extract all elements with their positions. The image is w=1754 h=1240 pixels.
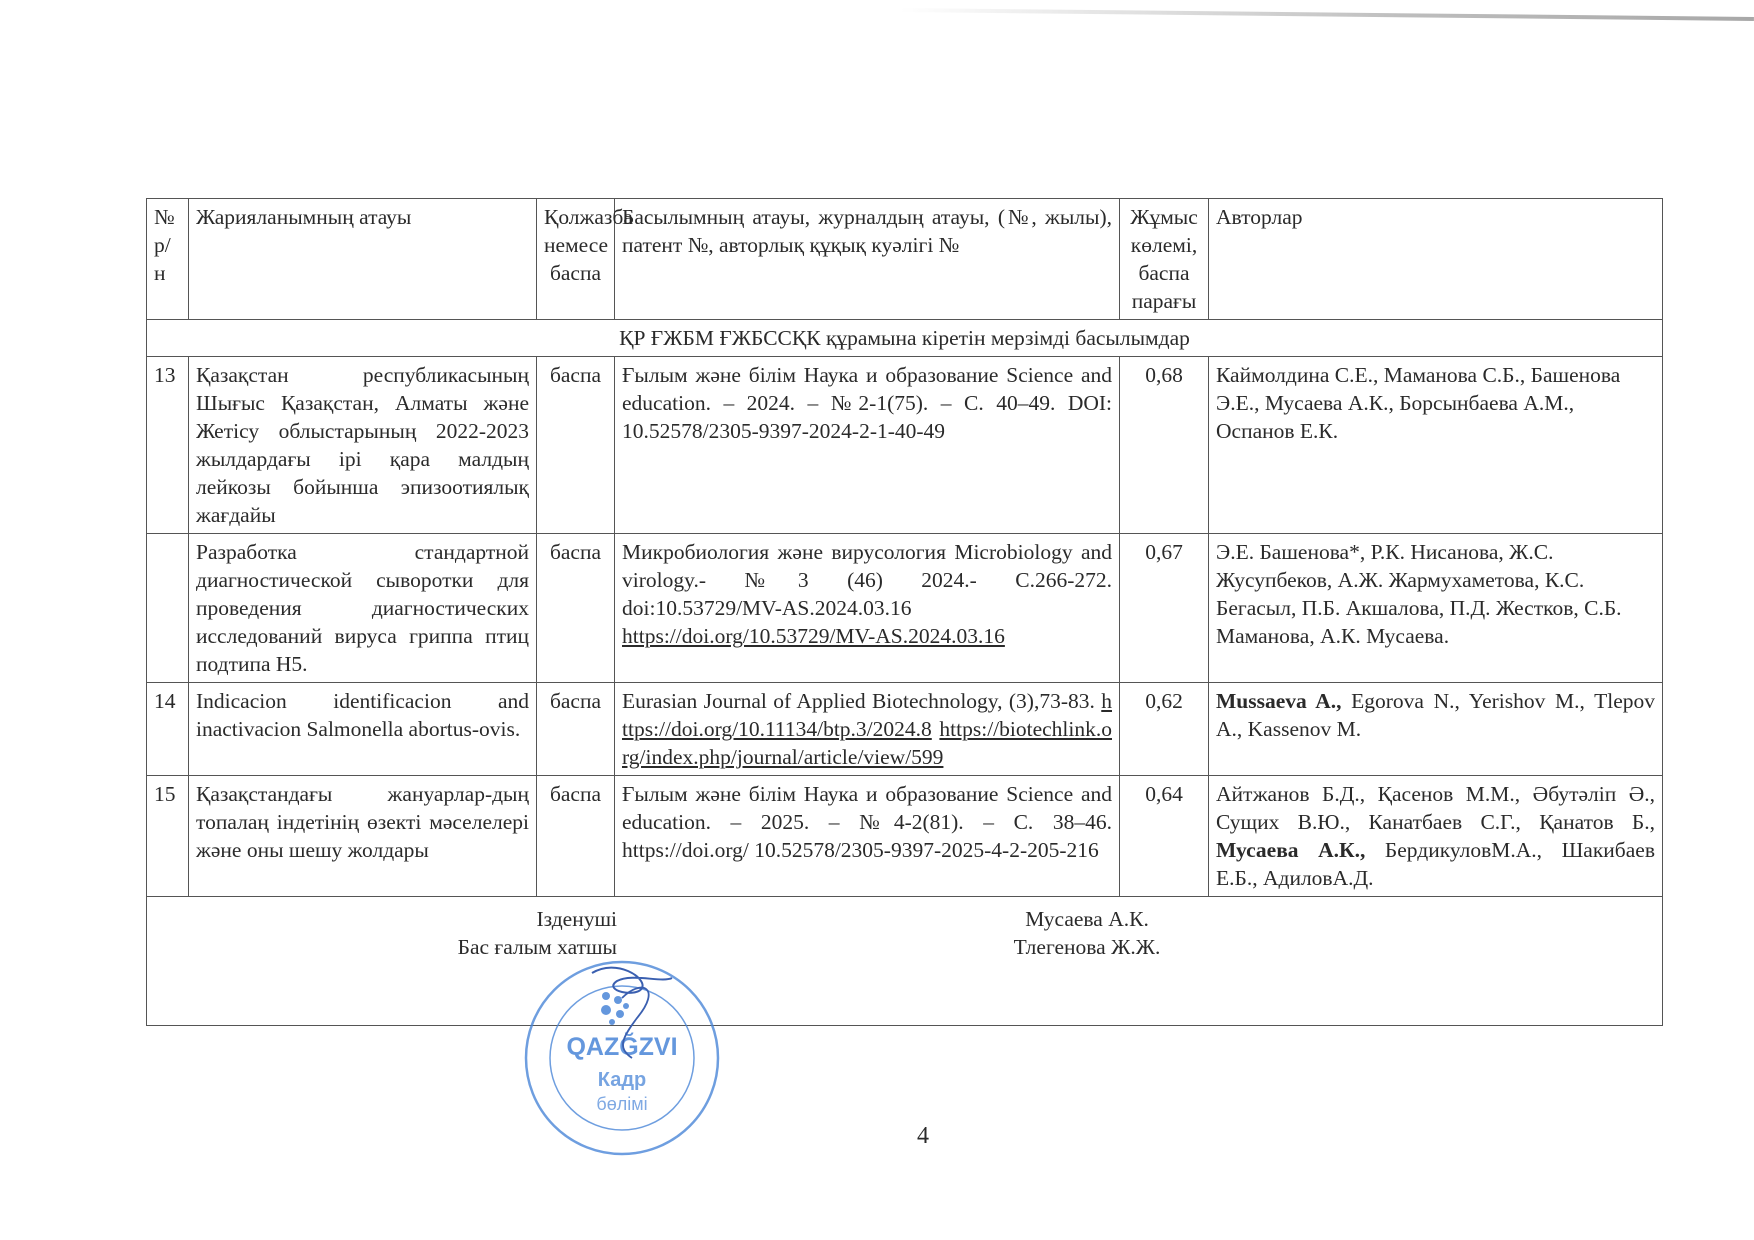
- section-row: ҚР ҒЖБМ ҒЖБССҚК құрамына кіретін мерзімд…: [147, 320, 1663, 357]
- header-type: Қолжазба немесе баспа: [537, 199, 615, 320]
- row-type: баспа: [537, 357, 615, 534]
- table-row: Разработка стандартной диагностической с…: [147, 534, 1663, 683]
- row-authors: Э.Е. Башенова*, Р.К. Нисанова, Ж.С. Жусу…: [1209, 534, 1663, 683]
- row-publication: Eurasian Journal of Applied Biotechnolog…: [615, 683, 1120, 776]
- row-authors: Айтжанов Б.Д., Қасенов М.М., Әбутәліп Ә.…: [1209, 776, 1663, 897]
- header-title: Жарияланымның атауы: [189, 199, 537, 320]
- table-row: 13 Қазақстан республикасының Шығыс Қазақ…: [147, 357, 1663, 534]
- row-publication: Ғылым және білім Наука и образование Sci…: [615, 357, 1120, 534]
- authors-before: Айтжанов Б.Д., Қасенов М.М., Әбутәліп Ә.…: [1216, 782, 1655, 834]
- role-scientific-secretary: Бас ғалым хатшы: [147, 933, 617, 961]
- publication-text: Микробиология және вирусология Microbiol…: [622, 540, 1112, 620]
- row-title: Indicacion identificacion and inactivaci…: [189, 683, 537, 776]
- molecule-logo-icon: [601, 992, 629, 1025]
- signature-names: Мусаева А.К. Тлегенова Ж.Ж.: [937, 905, 1237, 961]
- row-num: [147, 534, 189, 683]
- row-type: баспа: [537, 776, 615, 897]
- publication-text: Eurasian Journal of Applied Biotechnolog…: [622, 689, 1101, 713]
- name-applicant: Мусаева А.К.: [937, 905, 1237, 933]
- table-row: 14 Indicacion identificacion and inactiv…: [147, 683, 1663, 776]
- row-num: 15: [147, 776, 189, 897]
- row-publication: Микробиология және вирусология Microbiol…: [615, 534, 1120, 683]
- table-row: 15 Қазақстандағы жануарлар-дың топалаң і…: [147, 776, 1663, 897]
- signature-roles: Ізденуші Бас ғалым хатшы: [147, 905, 617, 961]
- row-type: баспа: [537, 534, 615, 683]
- stamp-dept-line-2: бөлімі: [596, 1094, 647, 1114]
- header-publication: Басылымның атауы, журналдың атауы, (№, ж…: [615, 199, 1120, 320]
- role-applicant: Ізденуші: [147, 905, 617, 933]
- row-volume: 0,64: [1120, 776, 1209, 897]
- row-authors: Mussaeva A., Egorova N., Yerishov M., Tl…: [1209, 683, 1663, 776]
- signature-scribble-icon: [592, 968, 672, 993]
- author-highlight: Мусаева А.К.,: [1216, 838, 1365, 862]
- publications-table: № р/н Жарияланымның атауы Қолжазба немес…: [146, 198, 1663, 1026]
- row-num: 14: [147, 683, 189, 776]
- official-stamp: QAZĞZVI Кадр бөлімі: [522, 958, 722, 1158]
- row-type: баспа: [537, 683, 615, 776]
- author-highlight: Mussaeva A.,: [1216, 689, 1342, 713]
- scan-edge-line: [900, 8, 1754, 21]
- row-title: Қазақстандағы жануарлар-дың топалаң інде…: [189, 776, 537, 897]
- signature-row: Ізденуші Бас ғалым хатшы Мусаева А.К. Тл…: [147, 897, 1663, 1026]
- row-volume: 0,67: [1120, 534, 1209, 683]
- doi-link[interactable]: https://doi.org/10.53729/MV-AS.2024.03.1…: [622, 624, 1005, 648]
- signature-cell: Ізденуші Бас ғалым хатшы Мусаева А.К. Тл…: [147, 897, 1663, 1026]
- stamp-dept-line-1: Кадр: [598, 1069, 647, 1091]
- row-volume: 0,68: [1120, 357, 1209, 534]
- header-authors: Авторлар: [1209, 199, 1663, 320]
- row-title: Разработка стандартной диагностической с…: [189, 534, 537, 683]
- row-num: 13: [147, 357, 189, 534]
- row-authors: Каймолдина С.Е., Маманова С.Б., Башенова…: [1209, 357, 1663, 534]
- header-num: № р/н: [147, 199, 189, 320]
- page-number: 4: [917, 1123, 929, 1150]
- stamp-logo-text: QAZĞZVI: [566, 1032, 677, 1061]
- header-volume: Жұмыс көлемі, баспа парағы: [1120, 199, 1209, 320]
- row-volume: 0,62: [1120, 683, 1209, 776]
- table-header-row: № р/н Жарияланымның атауы Қолжазба немес…: [147, 199, 1663, 320]
- row-publication: Ғылым және білім Наука и образование Sci…: [615, 776, 1120, 897]
- row-title: Қазақстан республикасының Шығыс Қазақста…: [189, 357, 537, 534]
- section-title: ҚР ҒЖБМ ҒЖБССҚК құрамына кіретін мерзімд…: [147, 320, 1663, 357]
- name-scientific-secretary: Тлегенова Ж.Ж.: [937, 933, 1237, 961]
